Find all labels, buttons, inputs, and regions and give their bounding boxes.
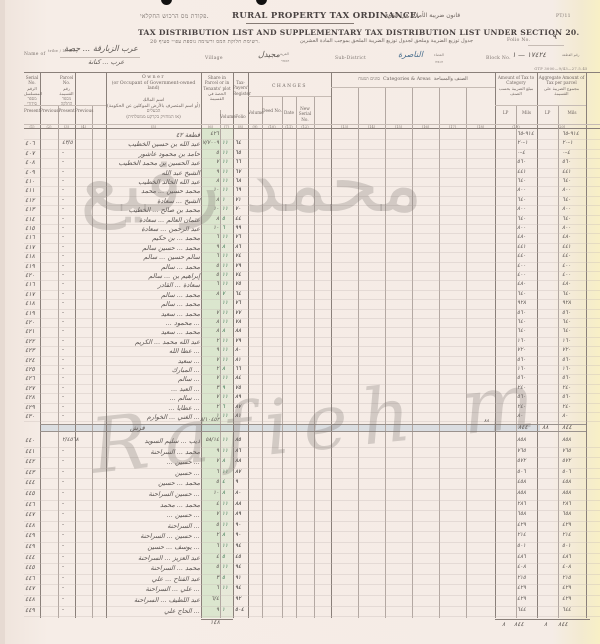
header-lp-1: LP	[495, 110, 516, 115]
volume-cell: ٦	[222, 225, 225, 231]
folio-cell: ٨٦	[235, 244, 241, 250]
folio-value: ٩	[553, 33, 557, 41]
row-rule	[24, 374, 600, 375]
share-cell: ٨	[216, 319, 219, 325]
parcel-cell: -	[62, 469, 64, 475]
parcel-cell: -	[62, 244, 64, 250]
share-cell: ٧	[216, 375, 219, 381]
row-rule	[24, 606, 600, 607]
aggregate-amount-cell: ٦٥٨	[562, 511, 571, 517]
owner-cell: محمد ... سالم	[161, 263, 200, 271]
owner-cell: ... عطا الله	[169, 347, 200, 355]
tax-amount-cell: ٩١٤-٦٥	[517, 131, 534, 137]
volume-cell: ١١	[222, 357, 228, 363]
village-label: Village	[205, 56, 223, 61]
parcel-cell: ٢/٤٥٦٨	[62, 437, 79, 443]
aggregate-amount-cell: ٥٠٦	[562, 469, 571, 475]
total-lp: ٨	[502, 621, 505, 628]
row-rule	[24, 280, 600, 281]
aggregate-amount-cell: ٦٤٠	[562, 291, 571, 297]
folio-field-line	[528, 45, 564, 46]
row-rule	[24, 553, 600, 554]
aggregate-amount-cell: ٩١٤-٦٥	[562, 131, 579, 137]
volume-cell: ٩	[222, 385, 225, 391]
folio-cell: ٧٨	[235, 319, 241, 325]
subtitle-arabic: جدول توزيع الضريبة وملحق لجدول توزيع الض…	[300, 38, 473, 44]
volume-cell: ١١	[222, 253, 228, 259]
serial-cell: ٤٢٩	[25, 404, 35, 411]
share-cell: ٦	[216, 469, 219, 475]
tax-amount-cell: ٧٢٠	[517, 347, 526, 353]
col-num: (3)	[58, 125, 75, 129]
tax-amount-cell: ٨٠	[517, 413, 523, 419]
owner-cell: ... محمود ...	[166, 319, 200, 327]
share-cell: ٧	[216, 511, 219, 517]
col-num: (8)	[233, 125, 248, 129]
block-label-ar: رقم القطعة	[562, 53, 580, 57]
sub-district-value: الناصرة	[398, 50, 423, 59]
share-cell: ٥	[216, 263, 219, 269]
tax-amount-cell: ٤٨٠	[517, 281, 526, 287]
share-cell: ٦	[216, 585, 219, 591]
folio-cell: ٨٧	[235, 469, 241, 475]
volume-cell: ١١	[222, 319, 228, 325]
row-rule	[24, 337, 600, 338]
tax-amount-cell: ٩٢٨	[517, 300, 526, 306]
total-share: ١٤٨	[210, 619, 220, 626]
volume-cell: ٨	[222, 532, 225, 538]
aggregate-amount-cell: ٢١٤	[562, 532, 571, 538]
aggregate-amount-cell: ٢٤٠	[562, 385, 571, 391]
header-parcel-no: Parcel No.رقم القسيمةמספר החלקה	[58, 75, 75, 107]
parcel-cell: -	[62, 281, 64, 287]
volume-cell: ٥	[222, 216, 225, 222]
aggregate-amount-cell: ٦٤٤	[562, 607, 571, 613]
folio-cell: ٩٤	[235, 564, 241, 570]
volume-cell: ١١	[222, 511, 228, 517]
volume-cell: ٥	[222, 575, 225, 581]
row-rule	[24, 290, 600, 291]
col-divider	[331, 72, 332, 618]
tax-amount-cell: ٦٤٠	[517, 197, 526, 203]
row-rule	[24, 447, 600, 448]
folio-cell: ٧٤	[235, 253, 241, 259]
owner-cell: الشيخ ... سعادة	[157, 197, 200, 205]
name-of-value: عرب الزبارقة ... حصة	[64, 44, 138, 53]
parcel-cell: -	[62, 479, 64, 485]
owner-cell: ... حسين ...	[167, 511, 200, 519]
folio-cell: ٦٩	[235, 187, 241, 193]
aggregate-amount-cell: ٤٤١	[562, 169, 571, 175]
tax-amount-cell: ٥٦٠	[517, 310, 526, 316]
aggregate-amount-cell: ٥٦٠	[562, 310, 571, 316]
share-cell: ٤	[216, 501, 219, 507]
share-cell: ١٠	[213, 490, 219, 496]
parcel-cell: -	[62, 328, 64, 334]
aggregate-amount-cell: ٢٤٠	[562, 404, 571, 410]
tax-amount-cell: ٥٧٢	[517, 458, 526, 464]
tax-amount-cell: ٥٦٠	[517, 357, 526, 363]
owner-cell: محمد ... حسين	[158, 479, 200, 487]
volume-cell: ٨	[222, 244, 225, 250]
col-divider	[248, 72, 249, 618]
parcel-cell: -	[62, 263, 64, 269]
folio-cell: ٨١	[235, 357, 241, 363]
volume-cell: ٦	[222, 404, 225, 410]
tax-amount-cell: ٥٠٦	[517, 469, 526, 475]
row-rule	[24, 500, 600, 501]
col-divider	[233, 72, 234, 618]
header-subrule	[331, 87, 495, 88]
share-cell: ٢	[216, 338, 219, 344]
folio-cell: ٩٠	[235, 522, 241, 528]
folio-cell: ٥٠٤	[235, 607, 244, 613]
row-rule	[24, 412, 600, 413]
share-cell: ١٠	[213, 206, 219, 212]
sub-district-label-he: הנפה	[435, 60, 443, 64]
col-num: (2)	[40, 125, 58, 129]
share-cell: ١٠	[213, 187, 219, 193]
parcel-cell: -	[62, 272, 64, 278]
total-tax: ٨٤٤	[514, 621, 524, 628]
header-owner: Owner(or Occupant of Government-owned la…	[106, 75, 201, 121]
share-cell: ٩	[216, 244, 219, 250]
share-cell: ٢	[216, 404, 219, 410]
row-rule	[24, 252, 600, 253]
share-cell: ٥	[216, 479, 219, 485]
owner-cell: محمد ... بن حكيم	[152, 234, 200, 242]
share-cell: ٦	[216, 281, 219, 287]
tax-amount-cell: ٨٥٨	[517, 437, 526, 443]
row-rule	[24, 365, 600, 366]
volume-cell: ١١	[222, 501, 228, 507]
volume-cell: ١١	[222, 347, 228, 353]
owner-cell: محمد ... سالم	[161, 300, 200, 308]
parcel-cell: -	[62, 206, 64, 212]
parcel-cell: -	[62, 522, 64, 528]
owner-cell: محمد ... محمد	[160, 501, 200, 509]
volume-cell: ٥	[222, 554, 225, 560]
row-rule	[24, 318, 600, 319]
row-rule	[24, 224, 600, 225]
folio-cell: ٨٨	[235, 458, 241, 464]
header-volume: Volume	[220, 114, 233, 119]
owner-cell: محمد ... السراحنة	[150, 564, 200, 572]
row-rule	[24, 393, 600, 394]
col-num: (16)	[412, 125, 439, 129]
owner-cell: ... علي ... السراحنة	[146, 585, 201, 593]
volume-cell: ٤	[222, 479, 225, 485]
sub-district-label-ar: القضاء	[434, 53, 444, 57]
owner-cell: عبد الله بن حسين الخطيب	[128, 140, 200, 148]
owner-cell: عبد الله محمد ... الكريم	[135, 338, 200, 346]
serial-cell: ٤٢٤	[25, 357, 35, 364]
volume-cell: ١١	[222, 564, 228, 570]
parcel-cell: -	[62, 347, 64, 353]
parcel-cell: -	[62, 607, 64, 613]
owner-cell: ... حسين السراحنة	[149, 490, 201, 498]
tax-amount-cell: ٥٦٠	[517, 375, 526, 381]
header-serial-no: Serial No.الرقم المتسلسلמספר סידורי	[24, 75, 40, 107]
share-cell: ٨	[216, 291, 219, 297]
serial-cell: ٤١٨	[25, 300, 35, 307]
serial-cell: ٤١٦	[25, 234, 35, 241]
volume-cell: ١١	[222, 448, 228, 454]
owner-cell: ... الغني ... الخوارم	[147, 413, 200, 421]
share-cell: ٨	[216, 216, 219, 222]
owner-cell: ... حسين	[175, 469, 200, 477]
share-cell: ٤	[216, 554, 219, 560]
header-lp-2: LP	[537, 110, 558, 115]
serial-cell: ٤٢٢	[25, 338, 35, 345]
parcel-cell: -	[62, 585, 64, 591]
owner-cell: ... سالم	[178, 375, 200, 383]
tax-amount-cell: ٨٠٠	[517, 187, 526, 193]
share-cell: ٣	[216, 385, 219, 391]
owner-cell: ذيب ... سليم السويد	[144, 437, 200, 445]
subtotal-owner-note: قرش	[130, 424, 145, 432]
col-num: (5)	[106, 125, 201, 129]
aggregate-amount-cell: ٤-٠	[562, 150, 570, 156]
tax-amount-cell: ٤٠٨	[517, 564, 526, 570]
share-cell: ٥	[216, 522, 219, 528]
print-note: GTP 3000—9/43—27.5.45	[526, 67, 596, 71]
share-cell: ٧	[216, 310, 219, 316]
title-hebrew: פקודת מס הרכוש החקלאי.	[140, 13, 209, 20]
row-rule	[24, 262, 600, 263]
aggregate-amount-cell: ٤٥٨	[562, 479, 571, 485]
share-cell: ٥٨/١٤	[205, 437, 219, 443]
volume-cell: ١١	[222, 338, 228, 344]
parcel-cell: -	[62, 169, 64, 175]
volume-cell: ١١	[222, 178, 228, 184]
subtitle-hebrew: רשימת חלוקת המס ורשימה נוספת עפ״י סעיף 2…	[150, 39, 260, 45]
parcel-cell: -	[62, 234, 64, 240]
parcel-cell: -	[62, 291, 64, 297]
owner-cell: الشيخ عبد الله	[161, 169, 200, 177]
tax-amount-cell: ٤٤٠	[517, 253, 526, 259]
subtotal-share: ٨/١٠٤٥٢	[200, 417, 220, 423]
folio-cell: ٩٠	[235, 532, 241, 538]
serial-cell: ٤١٩	[25, 310, 35, 317]
header-present-1: Present	[24, 108, 40, 113]
aggregate-amount-cell: ٨٠٠	[562, 187, 571, 193]
parcel-cell: -	[62, 375, 64, 381]
volume-cell: ١١	[222, 413, 228, 419]
row-rule	[24, 346, 600, 347]
header-new-serial-no: New Serial No.	[296, 106, 314, 122]
parcel-cell: -	[62, 178, 64, 184]
title-arabic: قانون ضريبة الأملاك في القرى	[384, 12, 460, 19]
aggregate-amount-cell: ٥٠١	[562, 543, 571, 549]
owner-cell: عبد الله الخالد الخطيب	[138, 178, 200, 186]
volume-cell: ١١	[222, 310, 228, 316]
row-rule	[24, 403, 600, 404]
share-cell: ٢	[216, 366, 219, 372]
owner-cell: ... سعيد	[178, 357, 200, 365]
serial-cell: ٤١٢	[25, 197, 35, 204]
total-agg-lp: ٨	[544, 621, 547, 628]
folio-cell: ٧٩	[235, 338, 241, 344]
folio-cell: ٧١	[235, 197, 241, 203]
header-changes-volume: Volume	[248, 110, 262, 115]
share-cell: ٦	[216, 543, 219, 549]
col-divider	[106, 72, 107, 618]
serial-cell: ٤٤٥	[25, 564, 35, 571]
parcel-cell: -	[62, 511, 64, 517]
volume-cell: ١١	[222, 469, 228, 475]
tax-amount-cell: ٤٢٩	[517, 522, 526, 528]
owner-cell: ... يوسف ... حسين	[147, 543, 200, 551]
parcel-cell: -	[62, 564, 64, 570]
total-aggregate: ٨٤٤	[558, 621, 568, 628]
tax-amount-cell: ١٦٠	[517, 338, 526, 344]
parcel-cell: -	[62, 458, 64, 464]
block-value: ١٧٤٢٤ — ١	[512, 51, 546, 59]
volume-cell: ١١	[222, 522, 228, 528]
serial-cell: ٤٤٤	[25, 479, 35, 486]
sub-district-label: Sub-District	[335, 56, 366, 61]
subtotal-mid-value: ٨٨	[484, 419, 489, 424]
serial-cell: ٤١٧	[25, 291, 35, 298]
tax-amount-cell: ٤٤١	[517, 169, 526, 175]
owner-cell: ... السراحنة	[167, 522, 200, 530]
tax-amount-cell: ٦٤٠	[517, 291, 526, 297]
form-code: PT/11	[556, 14, 571, 19]
serial-cell: ٤٠٦	[25, 140, 35, 147]
aggregate-amount-cell: ٨٠٠	[562, 225, 571, 231]
volume-cell: ١١	[222, 300, 228, 306]
serial-cell: ٤٤٦	[25, 575, 35, 582]
tax-amount-cell: ٤٠٠	[517, 263, 526, 269]
col-num: (9)	[248, 125, 262, 129]
folio-cell: ٤٥	[235, 554, 241, 560]
owner-cell: حامد بن محمود عاشور	[139, 150, 200, 158]
owner-cell: عبد الفتاح ... علي	[152, 575, 200, 583]
aggregate-amount-cell: ٤٢٩	[562, 522, 571, 528]
tax-amount-cell: ٢٤٠	[517, 404, 526, 410]
volume-cell: ١١	[222, 585, 228, 591]
row-rule	[24, 521, 600, 522]
serial-cell: ٤٤٨	[25, 522, 35, 529]
name-field-line	[60, 57, 140, 58]
folio-cell: ٧٥	[235, 385, 241, 391]
row-rule	[24, 196, 600, 197]
subtotal-tax: ٨٤٤	[518, 424, 528, 431]
header-categories-areas: סוגים ושטח Categories & Areas الصنف والم…	[331, 77, 495, 83]
tax-amount-cell: ٦٤٤	[517, 607, 526, 613]
volume-cell: ٨	[222, 490, 225, 496]
aggregate-amount-cell: ٤٢٩	[562, 596, 571, 602]
col-divider	[495, 72, 496, 618]
col-num: (19)	[495, 125, 537, 129]
volume-cell: ١١	[222, 140, 228, 146]
header-subrule	[248, 96, 331, 97]
parcel-cell: -	[62, 543, 64, 549]
header-date: Date	[282, 110, 296, 115]
volume-cell: ١١	[222, 281, 228, 287]
village-label-he: הכפר	[281, 59, 290, 63]
header-deed-no: Deed No.	[262, 108, 282, 113]
folio-cell: ٨٩	[235, 394, 241, 400]
serial-cell: ٤٢٣	[25, 347, 35, 354]
row-rule	[24, 168, 600, 169]
volume-cell: ١١	[222, 234, 228, 240]
aggregate-amount-cell: ٦٤٠	[562, 197, 571, 203]
share-cell: ٣	[216, 575, 219, 581]
aggregate-amount-cell: ٧٦٥	[562, 448, 571, 454]
serial-cell: ٤٢٠	[25, 319, 35, 326]
row-rule	[24, 215, 600, 216]
subtotal-aggregate: ٨٤٤	[562, 424, 572, 431]
aggregate-amount-cell: ٥٦٠	[562, 375, 571, 381]
parcel-cell: -	[62, 187, 64, 193]
col-num: (11)	[282, 125, 296, 129]
serial-cell: ٤٠٩	[25, 169, 35, 176]
tax-amount-cell: ٦٤٠	[517, 178, 526, 184]
col-divider	[201, 72, 202, 618]
serial-cell: ٤٤٣	[25, 469, 35, 476]
parcel-cell: -	[62, 404, 64, 410]
folio-cell: ٦٨	[235, 178, 241, 184]
aggregate-amount-cell: ١٦٠	[562, 366, 571, 372]
row-rule	[24, 421, 600, 422]
serial-cell: ٤٤٢	[25, 458, 35, 465]
volume-cell: ١١	[222, 169, 228, 175]
aggregate-amount-cell: ٨٥٨	[562, 437, 571, 443]
col-divider	[75, 72, 76, 618]
col-divider	[282, 96, 283, 618]
serial-cell: ٤٤٩	[25, 543, 35, 550]
owner-cell: محمد ... سالم	[161, 291, 200, 299]
tax-amount-cell: ٨٥٨	[517, 490, 526, 496]
share-cell: ٧	[216, 357, 219, 363]
owner-cell: ... الحاج علي	[164, 607, 200, 615]
share-cell: ٩	[216, 169, 219, 175]
punch-hole-left	[161, 0, 172, 5]
volume-cell: ٨	[222, 328, 225, 334]
row-rule	[24, 574, 600, 575]
parcel-cell: -	[62, 366, 64, 372]
serial-cell: ٤٠٨	[25, 159, 35, 166]
share-cell: ٩	[216, 448, 219, 454]
parcel-cell: -	[62, 490, 64, 496]
serial-cell: ٤١٠	[25, 178, 35, 185]
folio-cell: ٩١	[235, 575, 241, 581]
header-present-2: Present	[58, 108, 75, 113]
aggregate-amount-cell: ٤٠٨	[562, 564, 571, 570]
serial-cell: ٤٢٧	[25, 385, 35, 392]
folio-cell: ٩٤	[235, 543, 241, 549]
folio-cell: ٨٤	[235, 375, 241, 381]
aggregate-amount-cell: ٨٠	[562, 413, 568, 419]
tax-amount-cell: ١-٢٠	[517, 140, 528, 146]
aggregate-amount-cell: ٤٨٠	[562, 281, 571, 287]
serial-cell: ٤٤٦	[25, 501, 35, 508]
aggregate-amount-cell: ٤٨٠	[562, 234, 571, 240]
col-num: (12)	[296, 125, 314, 129]
share-cell: ٨	[216, 197, 219, 203]
volume-cell: ١١	[222, 543, 228, 549]
parcel-cell: -	[62, 501, 64, 507]
folio-cell: ٨٨	[235, 328, 241, 334]
watermark-arabic: محمد رفيع	[80, 140, 423, 230]
share-cell: ١٠	[213, 225, 219, 231]
aggregate-amount-cell: ٩٢٨	[562, 300, 571, 306]
tax-amount-cell: ٦٤٠	[517, 216, 526, 222]
owner-cell: ... حسين ...	[167, 458, 200, 466]
tax-amount-cell: ٨٠٠	[517, 206, 526, 212]
